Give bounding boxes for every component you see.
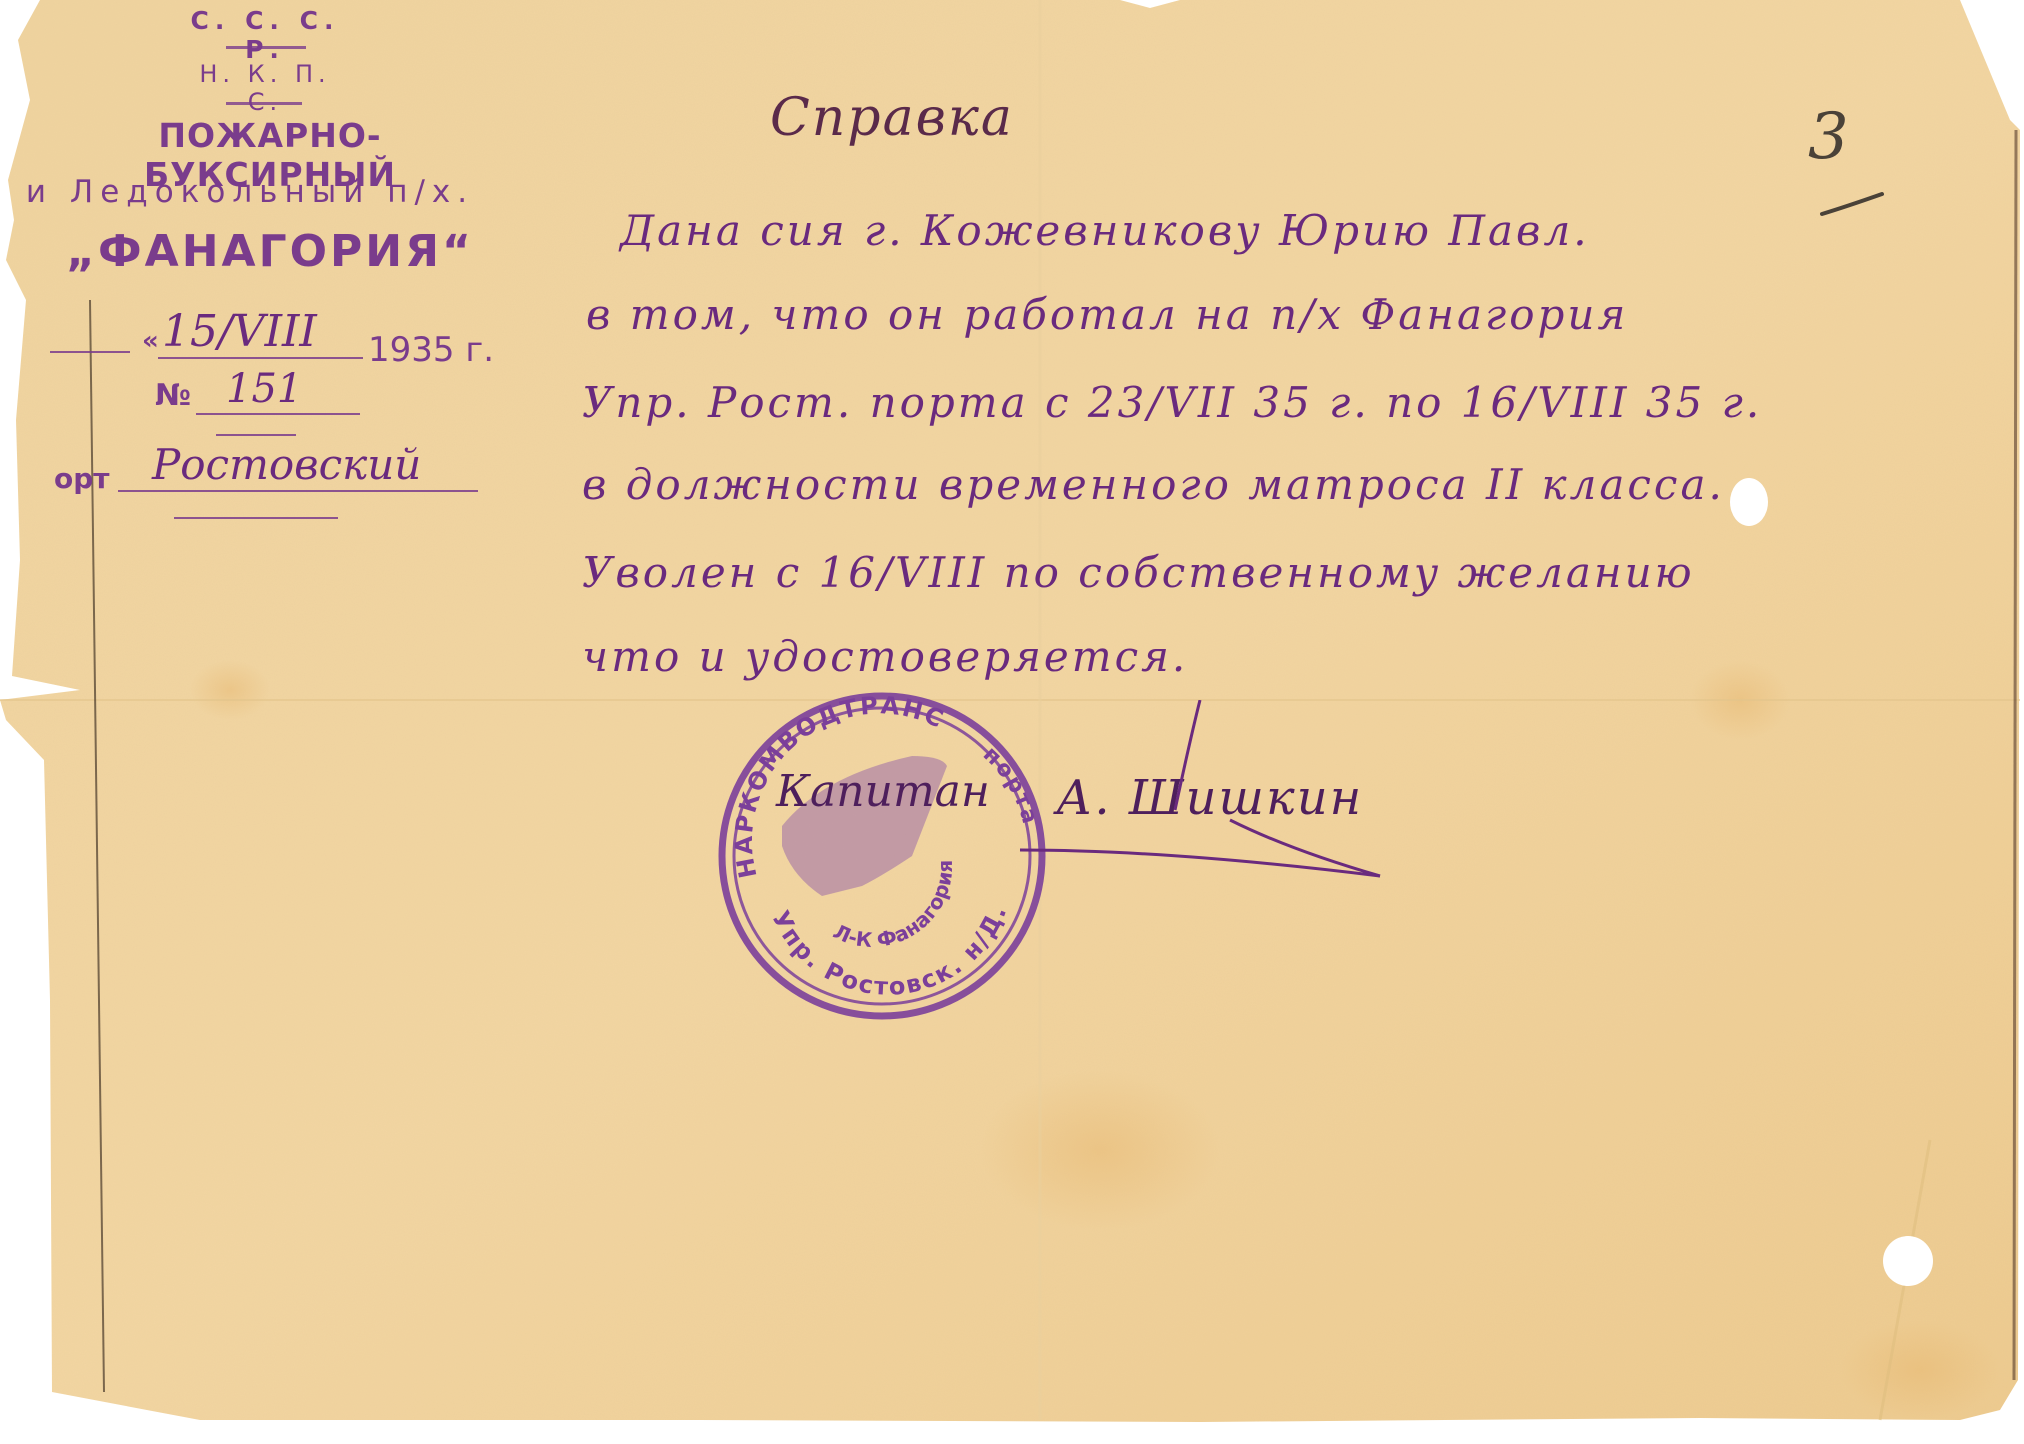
page-number: 3 xyxy=(1808,100,1849,174)
document-sheet: С. С. С. Р. Н. К. П. С. ПОЖАРНО-БУКСИРНЫ… xyxy=(0,0,2024,1444)
signature-flourish xyxy=(770,700,1430,900)
port-value: Ростовский xyxy=(152,440,421,489)
date-handwritten: 15/VIII xyxy=(162,306,317,357)
letterhead-line-2: и Ледокольный п/х. xyxy=(0,174,500,210)
body-line-3: Упр. Рост. порта с 23/VII 35 г. по 16/VI… xyxy=(582,378,1762,427)
port-label: орт xyxy=(54,462,110,495)
date-field-line xyxy=(50,351,130,353)
punch-hole-upper xyxy=(1730,478,1768,526)
punch-hole-lower xyxy=(1883,1236,1933,1286)
port-field-line xyxy=(118,490,478,492)
port-field-line-2 xyxy=(174,517,338,519)
number-value: 151 xyxy=(226,366,302,412)
date-field-line xyxy=(158,357,363,359)
body-line-5: Уволен с 16/VIII по собственному желанию xyxy=(582,548,1695,597)
number-field-line xyxy=(196,413,360,415)
number-field-line-2 xyxy=(216,434,296,436)
letterhead-vessel-name: „ФАНАГОРИЯ“ xyxy=(60,226,480,277)
letterhead-rule xyxy=(226,102,302,105)
letterhead-rule xyxy=(226,46,306,49)
document-title: Справка xyxy=(770,88,1014,148)
body-line-4: в должности временного матроса II класса… xyxy=(582,460,1725,509)
page-number-underline xyxy=(1818,190,1888,220)
body-line-2: в том, что он работал на п/х Фанагория xyxy=(586,290,1628,339)
date-year: 1935 г. xyxy=(368,330,494,370)
body-line-1: Дана сия г. Кожевникову Юрию Павл. xyxy=(620,206,1590,255)
letterhead-country: С. С. С. Р. xyxy=(190,6,340,64)
number-label: № xyxy=(155,378,191,413)
body-line-6: что и удостоверяется. xyxy=(582,632,1188,681)
date-quote: « xyxy=(142,326,159,356)
letterhead-ministry: Н. К. П. С. xyxy=(190,60,340,116)
